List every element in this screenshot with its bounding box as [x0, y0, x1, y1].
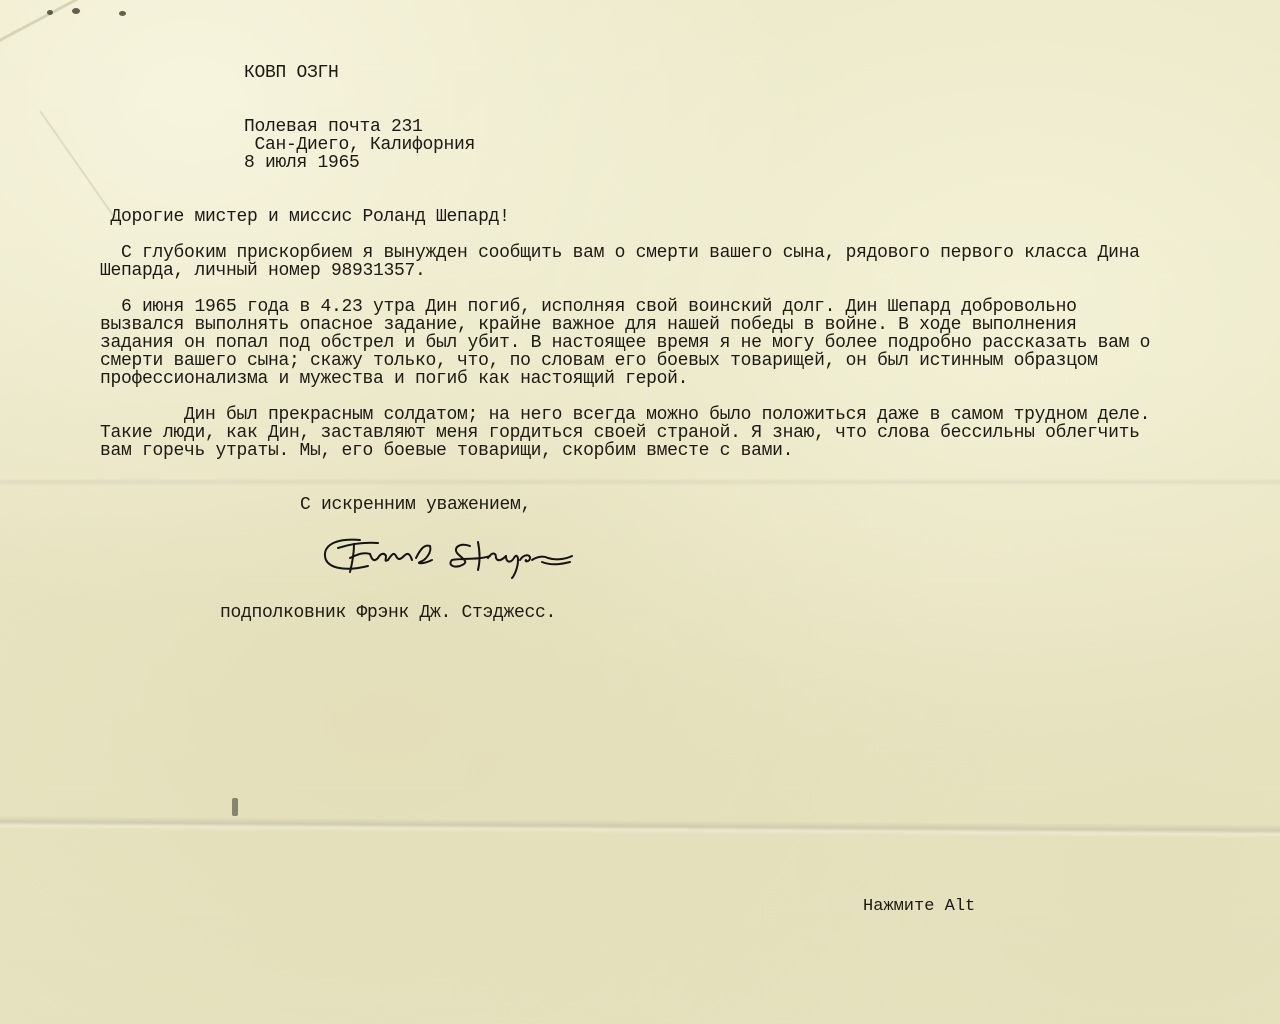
paragraph-line: задания он попал под обстрел и был убит.… [100, 334, 1150, 352]
letter-org: КОВП ОЗГН [244, 64, 339, 82]
ink-mark [232, 798, 238, 816]
paragraph-line: вызвался выполнять опасное задание, край… [100, 316, 1077, 334]
paragraph-line: Такие люди, как Дин, заставляют меня гор… [100, 424, 1140, 442]
paragraph-line: профессионализма и мужества и погиб как … [100, 370, 688, 388]
paragraph-line: смерти вашего сына; скажу только, что, п… [100, 352, 1098, 370]
letter-date: 8 июля 1965 [244, 154, 360, 172]
closing: С искренним уважением, [300, 496, 531, 514]
paragraph-line: 6 июня 1965 года в 4.23 утра Дин погиб, … [100, 298, 1077, 316]
paragraph-line: С глубоким прискорбием я вынужден сообщи… [100, 244, 1140, 262]
ink-spot [119, 11, 126, 16]
signatory: подполковник Фрэнк Дж. Стэджесс. [220, 604, 556, 622]
salutation: Дорогие мистер и миссис Роланд Шепард! [100, 208, 510, 226]
ink-spot [72, 8, 80, 14]
address-line: Сан-Диего, Калифорния [244, 136, 475, 154]
ink-spot [47, 10, 53, 15]
signature-icon [320, 530, 575, 580]
paragraph-line: вам горечь утраты. Мы, его боевые товари… [100, 442, 793, 460]
press-alt-prompt[interactable]: Нажмите Alt [863, 897, 975, 916]
paragraph-line: Дин был прекрасным солдатом; на него все… [100, 406, 1150, 424]
address-line: Полевая почта 231 [244, 118, 423, 136]
paper-background [0, 0, 1280, 1024]
paragraph-line: Шепарда, личный номер 98931357. [100, 262, 426, 280]
